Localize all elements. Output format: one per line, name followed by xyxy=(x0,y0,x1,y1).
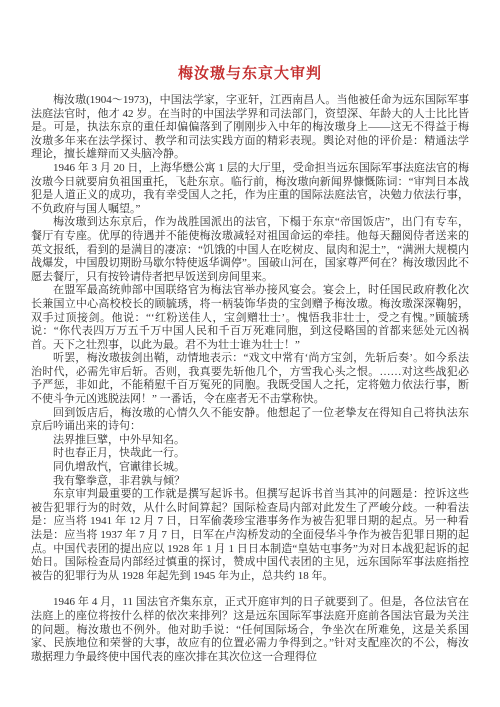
poem: 法界推巨擘，中外早知名。 时也春正月，快哉此一行。 同仇增敌忾，官谳律长城。 我… xyxy=(31,434,469,488)
poem-line-3: 同仇增敌忾，官谳律长城。 xyxy=(31,461,469,475)
poem-line-1: 法界推巨擘，中外早知名。 xyxy=(31,434,469,448)
paragraph-departure: 1946 年 3 月 20 日，上海华懋公寓 1 层的大厅里，受命担当远东国际军… xyxy=(31,162,469,216)
poem-line-4: 我有擎拳意，非君孰与倾？ xyxy=(31,475,469,489)
paragraph-poem-lead-in: 回到饭店后，梅汝璈的心情久久不能安静。他想起了一位老挚友在得知自己将执法东京后吟… xyxy=(31,407,469,434)
paragraph-indictment: 东京审判最重要的工作就是撰写起诉书。但撰写起诉书首当其冲的问题是：控诉这些被告犯… xyxy=(31,488,469,583)
article-title: 梅汝璈与东京大审判 xyxy=(31,62,469,83)
paragraph-intro: 梅汝璈(1904～1973)，中国法学家，字亚轩，江西南昌人。当他被任命为远东国… xyxy=(31,94,469,162)
paragraph-seating: 1946 年 4 月，11 国法官齐集东京，正式开庭审判的日子就要到了。但是，各… xyxy=(31,596,469,664)
poem-line-2: 时也春正月，快哉此一行。 xyxy=(31,447,469,461)
paragraph-sword-gift: 在盟军最高统帅部中国联络官为梅法官举办接风宴会。宴会上，时任国民政府教化次长兼国… xyxy=(31,284,469,352)
document-page: 梅汝璈与东京大审判 梅汝璈(1904～1973)，中国法学家，字亚轩，江西南昌人… xyxy=(0,0,500,707)
paragraph-sword-speech: 听罢，梅汝璈拔剑出鞘，动情地表示：“戏文中常有‘尚方宝剑，先斩后奏’。如今系法治… xyxy=(31,352,469,406)
paragraph-hotel: 梅汝璈到达东京后，作为战胜国派出的法官，下榻于东京“帝国饭店”，出门有专车，餐厅… xyxy=(31,216,469,284)
